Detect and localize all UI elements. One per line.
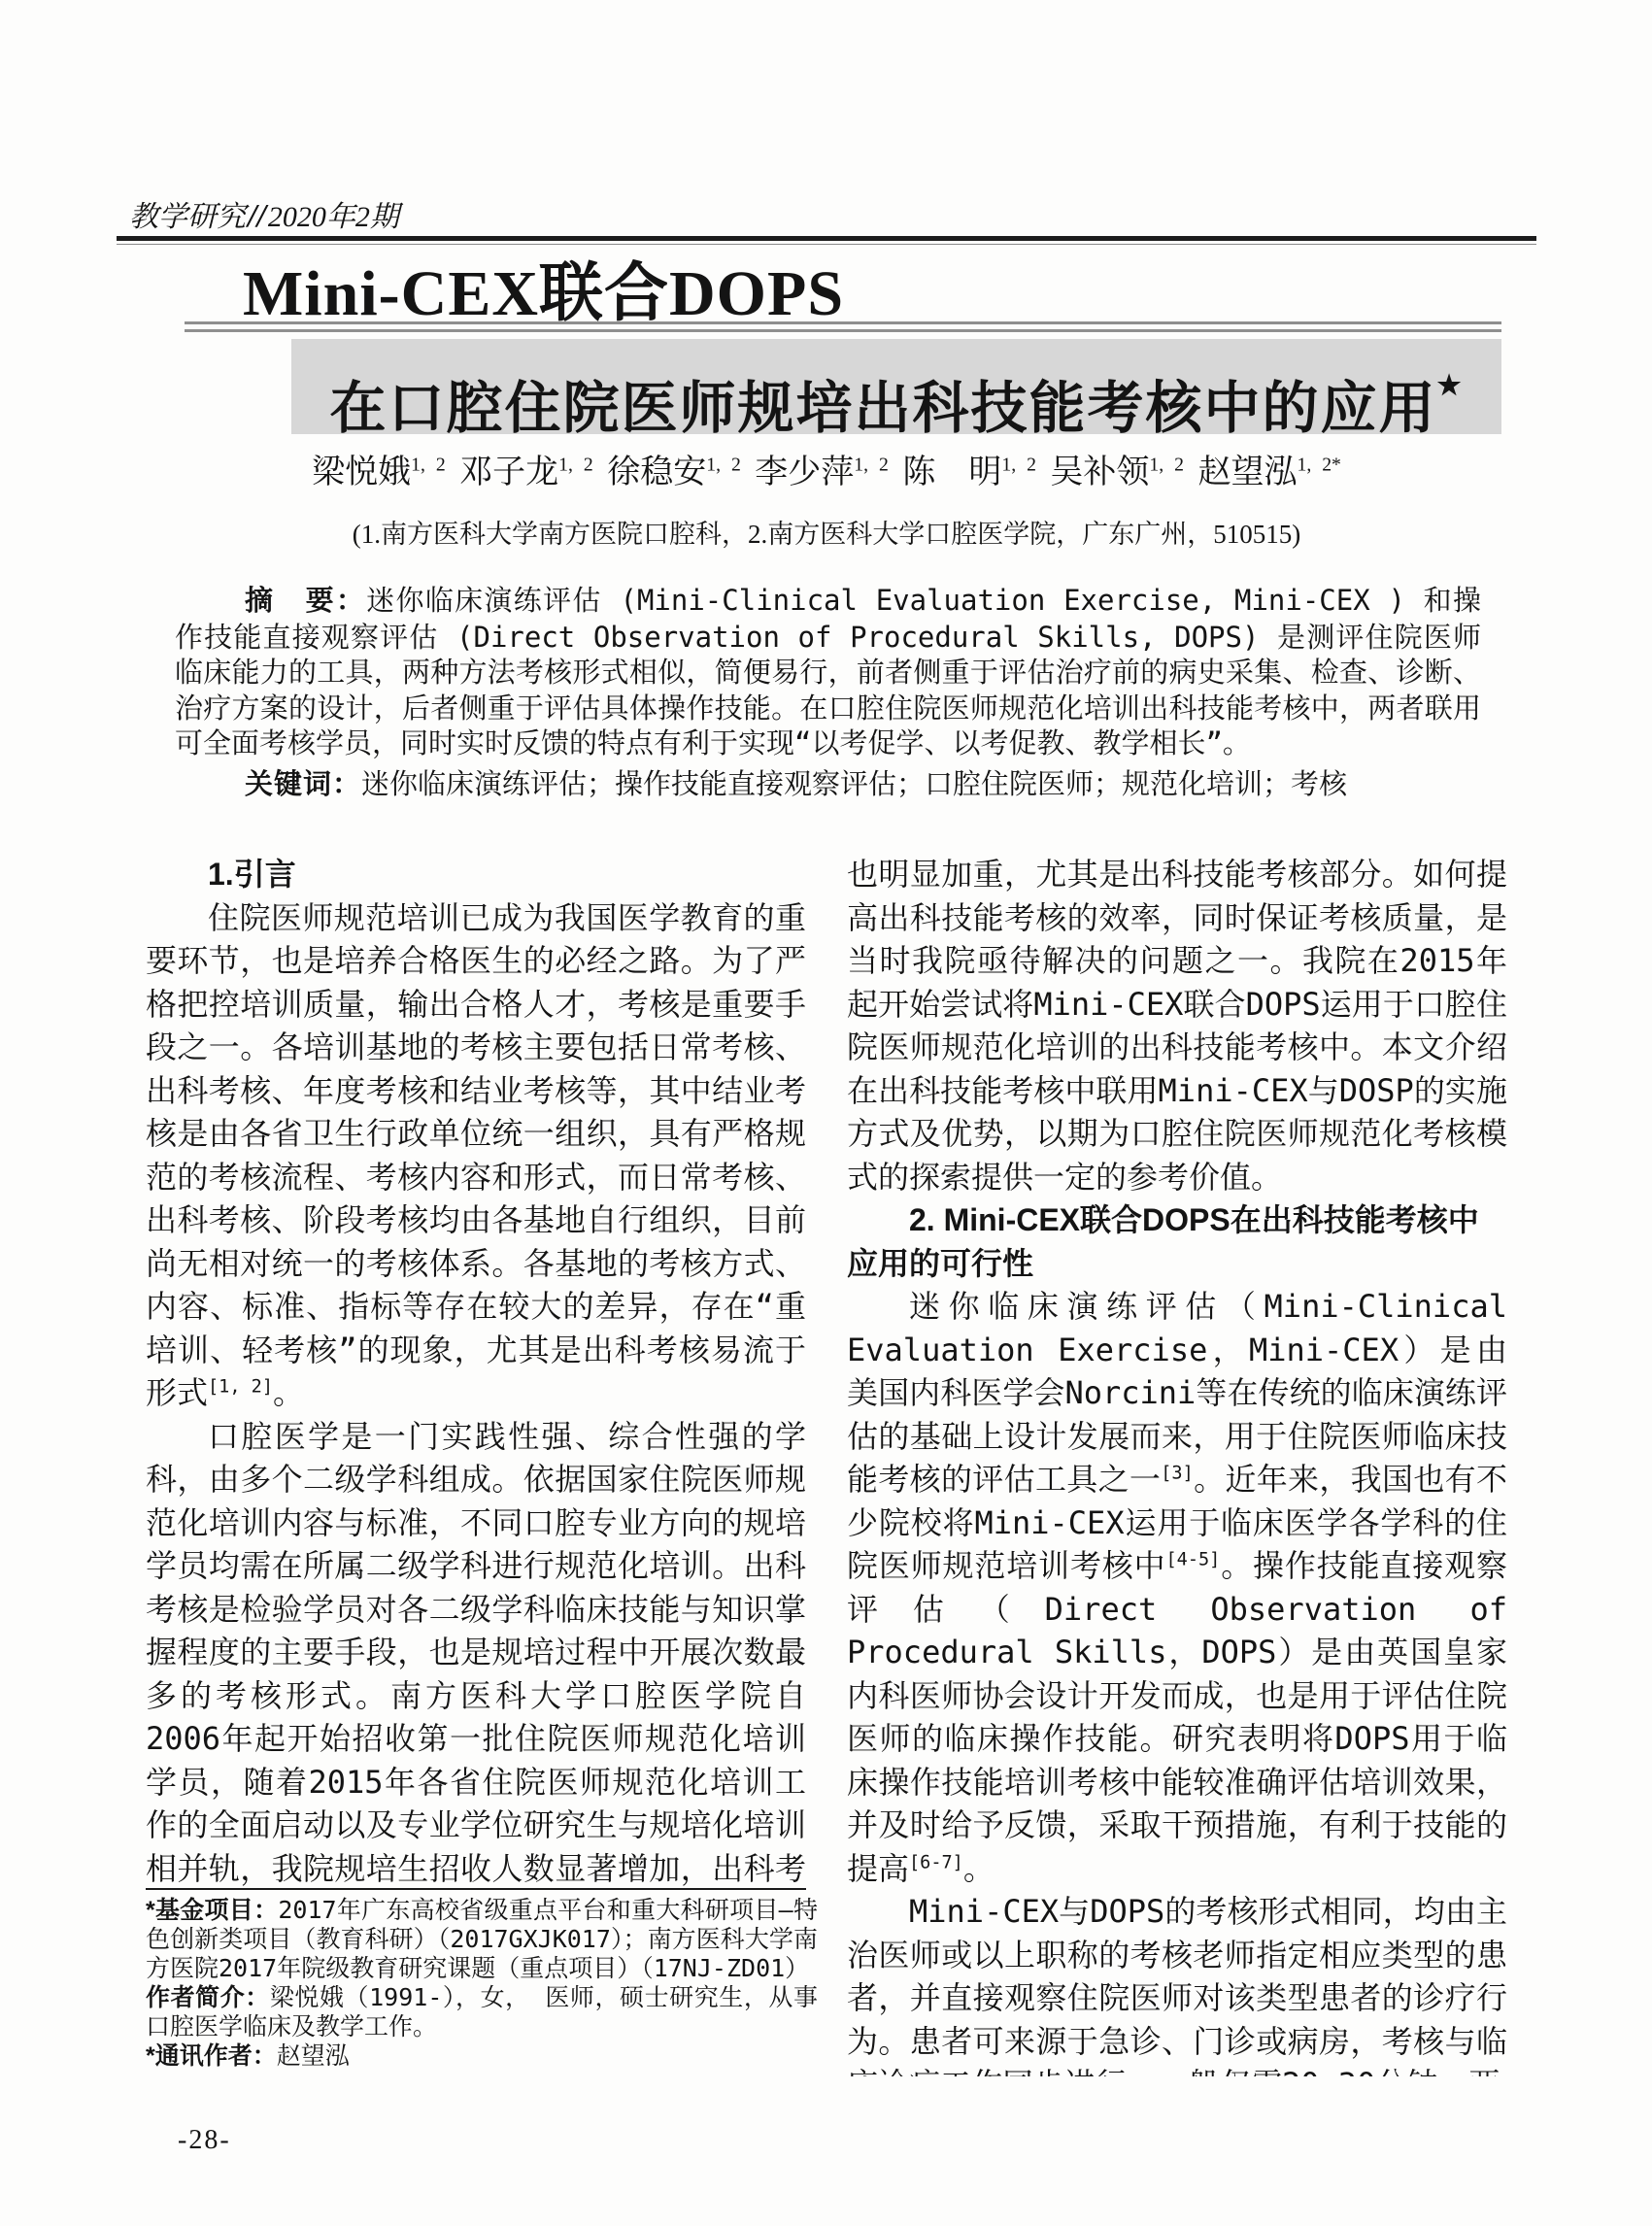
- abstract-text: 迷你临床演练评估 (Mini-Clinical Evaluation Exerc…: [175, 584, 1481, 759]
- journal-name: 教学研究: [129, 201, 246, 233]
- left-paragraph-1: 住院医师规范培训已成为我国医学教育的重要环节，也是培养合格医生的必经之路。为了严…: [146, 896, 806, 1415]
- right-paragraph-1: 也明显加重，尤其是出科技能考核部分。如何提高出科技能考核的效率，同时保证考核质量…: [847, 853, 1507, 1198]
- right-paragraph-2: 迷你临床演练评估（Mini-Clinical Evaluation Exerci…: [847, 1285, 1507, 1890]
- footnote-fund: *基金项目：2017年广东高校省级重点平台和重大科研项目—特色创新类项目（教育科…: [146, 1896, 818, 1983]
- footnote-bio-label: 作者简介：: [146, 1984, 270, 2011]
- left-paragraph-2: 口腔医学是一门实践性强、综合性强的学科，由多个二级学科组成。依据国家住院医师规范…: [146, 1415, 806, 1891]
- keywords-text: 迷你临床演练评估；操作技能直接观察评估；口腔住院医师；规范化培训；考核: [361, 767, 1347, 800]
- title-divider: [185, 321, 1501, 332]
- keywords-label: 关键词：: [245, 769, 361, 800]
- footnote-fund-label: *基金项目：: [146, 1897, 278, 1924]
- footnote-corresponding-label: *通讯作者：: [146, 2042, 277, 2070]
- article-title-line2: 在口腔住院医师规培出科技能考核中的应用: [329, 377, 1436, 440]
- footnote-bio: 作者简介：梁悦娥（1991-），女， 医师，硕士研究生，从事口腔医学临床及教学工…: [146, 1983, 818, 2041]
- footnote-corresponding-text: 赵望泓: [277, 2041, 350, 2070]
- footnote-rule: [146, 1888, 806, 1890]
- right-column: 也明显加重，尤其是出科技能考核部分。如何提高出科技能考核的效率，同时保证考核质量…: [847, 853, 1507, 2076]
- section-heading-2: 2. Mini-CEX联合DOPS在出科技能考核中应用的可行性: [847, 1198, 1507, 1285]
- footnotes: *基金项目：2017年广东高校省级重点平台和重大科研项目—特色创新类项目（教育科…: [146, 1888, 818, 2071]
- authors-line: 梁悦娥1, 2 邓子龙1, 2 徐稳安1, 2 李少萍1, 2 陈 明1, 2 …: [146, 445, 1507, 492]
- issue-label: 2020年2期: [268, 201, 399, 233]
- article-title-line1: Mini-CEX联合DOPS: [243, 241, 844, 333]
- abstract: 摘 要：迷你临床演练评估 (Mini-Clinical Evaluation E…: [175, 583, 1481, 761]
- running-head: 教学研究//2020年2期: [129, 192, 399, 235]
- page-number: -28-: [178, 2125, 231, 2156]
- journal-page: 教学研究//2020年2期 Mini-CEX联合DOPS 在口腔住院医师规培出科…: [0, 0, 1652, 2226]
- keywords: 关键词：迷你临床演练评估；操作技能直接观察评估；口腔住院医师；规范化培训；考核: [175, 766, 1481, 803]
- header-slashes: //: [246, 198, 268, 234]
- affiliation-line: (1.南方医科大学南方医院口腔科，2.南方医科大学口腔医学院，广东广州，5105…: [146, 513, 1507, 551]
- footnote-corresponding: *通讯作者：赵望泓: [146, 2041, 818, 2071]
- article-title-band: 在口腔住院医师规培出科技能考核中的应用★: [291, 339, 1501, 434]
- right-paragraph-3: Mini-CEX与DOPS的考核形式相同，均由主治医师或以上职称的考核老师指定相…: [847, 1890, 1507, 2076]
- section-heading-1: 1.引言: [146, 853, 806, 896]
- left-column: 1.引言 住院医师规范培训已成为我国医学教育的重要环节，也是培养合格医生的必经之…: [146, 853, 806, 1890]
- title-footnote-star: ★: [1436, 371, 1463, 401]
- abstract-label: 摘 要：: [245, 586, 366, 617]
